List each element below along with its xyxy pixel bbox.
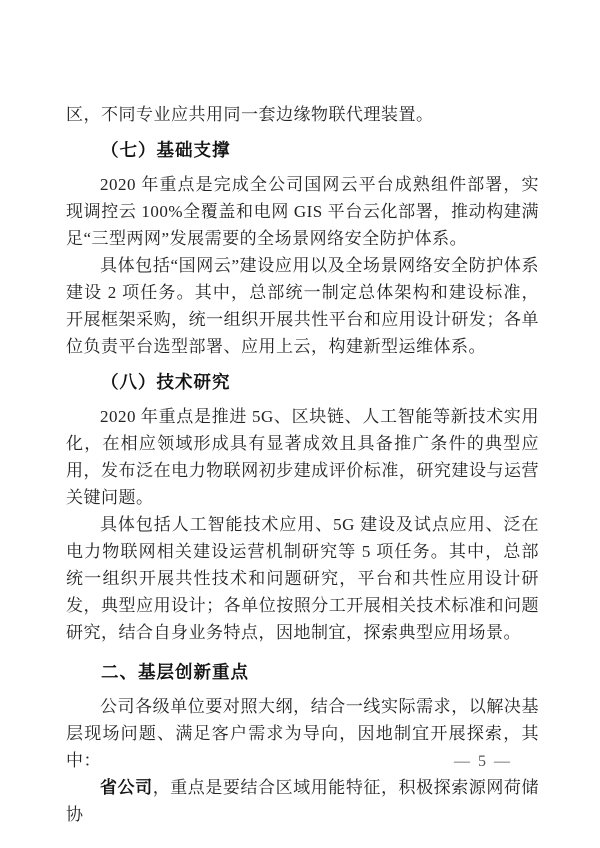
paragraph-2020-guowangyun: 2020 年重点是完成全公司国网云平台成熟组件部署，实现调控云 100%全覆盖和… <box>66 171 539 252</box>
section-heading-2-jiceng-chuangxin: 二、基层创新重点 <box>66 659 539 686</box>
document-page: 区，不同专业应共用同一套边缘物联代理装置。 （七）基础支撑 2020 年重点是完… <box>0 0 600 848</box>
section-heading-7-jichu-zhicheng: （七）基础支撑 <box>66 137 539 164</box>
document-body: 区，不同专业应共用同一套边缘物联代理装置。 （七）基础支撑 2020 年重点是完… <box>66 101 539 828</box>
paragraph-continuation: 区，不同专业应共用同一套边缘物联代理装置。 <box>66 101 539 128</box>
page-number: — 5 — <box>454 753 512 771</box>
bold-lead-shenggongsi: 省公司 <box>100 778 153 797</box>
paragraph-jiti-baokuo-guowangyun: 具体包括“国网云”建设应用以及全场景网络安全防护体系建设 2 项任务。其中，总部… <box>66 252 539 360</box>
paragraph-jiti-baokuo-ai-5g: 具体包括人工智能技术应用、5G 建设及试点应用、泛在电力物联网相关建设运营机制研… <box>66 511 539 646</box>
paragraph-2020-5g-blockchain: 2020 年重点是推进 5G、区块链、人工智能等新技术实用化，在相应领域形成具有… <box>66 403 539 511</box>
paragraph-shenggongsi: 省公司，重点是要结合区域用能特征，积极探索源网荷储协 <box>66 774 539 828</box>
section-heading-8-jishu-yanjiu: （八）技术研究 <box>66 369 539 396</box>
